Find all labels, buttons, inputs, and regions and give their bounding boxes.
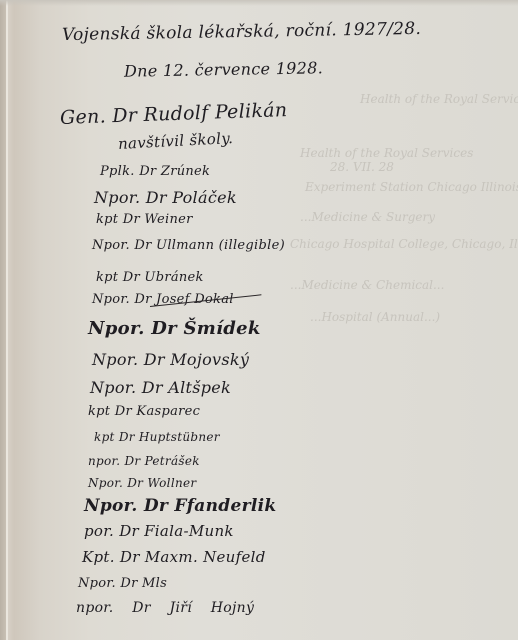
visitor-note: navštívil školy.: [118, 129, 234, 153]
signature-name: Dr Weiner: [123, 212, 193, 227]
signature-line: Kpt. Dr Maxm. Neufeld: [82, 548, 266, 566]
signature-name: Dr Mls: [120, 576, 167, 591]
signature-name: Dr Kasparec: [115, 404, 200, 419]
bleed-text: Health of the Royal Services: [360, 92, 518, 106]
signature-line: Npor. Dr Wollner: [88, 476, 196, 490]
bleed-text: 28. VII. 28: [330, 160, 394, 174]
signature-line: Npor. Dr Ffanderlik: [84, 496, 276, 516]
signature-line: kpt Dr Kasparec: [88, 404, 200, 419]
signature-name: Dr Zrúnek: [139, 164, 210, 179]
signature-name: Dr Altšpek: [142, 378, 231, 397]
signature-name: Dr Huptstübner: [119, 430, 220, 444]
document-page: Health of the Royal Services Health of t…: [0, 0, 518, 640]
visitor-name: Gen. Dr Rudolf Pelikán: [60, 99, 288, 129]
signature-rank: Npor.: [90, 378, 136, 397]
bleed-text: ...Hospital (Annual...): [310, 310, 440, 324]
bleed-text: Experiment Station Chicago Illinois: [305, 180, 518, 194]
signature-line: kpt Dr Weiner: [96, 212, 193, 227]
signature-rank: Npor.: [88, 476, 123, 490]
signature-name: Dr Jiří Hojný: [132, 600, 254, 616]
signature-line: kpt Dr Huptstübner: [94, 430, 220, 444]
signature-rank: Pplk.: [100, 164, 135, 179]
bleed-text: Health of the Royal Services: [300, 146, 473, 160]
signature-name: Dr Maxm. Neufeld: [120, 548, 266, 566]
signature-rank: npor.: [88, 454, 120, 468]
signature-line: por. Dr Fiala-Munk: [84, 522, 234, 540]
signature-line: Npor. Dr Ullmann (illegible): [92, 238, 285, 253]
signature-name: Dr Mojovský: [144, 350, 249, 369]
signature-line: Npor. Dr Mls: [78, 576, 167, 591]
signature-name: Dr Ffanderlik: [144, 496, 277, 516]
bleed-text: ...Medicine & Surgery: [300, 210, 435, 224]
signature-name: Dr Ubránek: [123, 270, 204, 285]
signature-name: Dr Poláček: [146, 188, 237, 207]
signature-rank: Npor.: [94, 188, 140, 207]
signature-rank: Npor.: [78, 576, 116, 591]
signature-line: Npor. Dr Šmídek: [88, 318, 261, 339]
signature-rank: kpt: [96, 270, 118, 285]
signature-line: Npor. Dr Poláček: [94, 188, 237, 207]
signature-name: Dr Petrášek: [125, 454, 200, 468]
signature-rank: Npor.: [92, 350, 138, 369]
signature-name: Dr Šmídek: [151, 318, 260, 339]
signature-rank: Npor.: [92, 292, 130, 307]
page-edge: [6, 0, 8, 640]
signature-line: Pplk. Dr Zrúnek: [100, 164, 210, 179]
signature-line: Npor. Dr Altšpek: [90, 378, 231, 397]
signature-rank: por.: [84, 522, 114, 540]
signature-line: Npor. Dr Mojovský: [92, 350, 249, 369]
signature-name: Dr Fiala-Munk: [119, 522, 234, 540]
document-date: Dne 12. července 1928.: [124, 58, 323, 80]
signature-name: Dr Ullmann (illegible): [134, 238, 285, 253]
signature-rank: kpt: [94, 430, 115, 444]
signature-rank: Npor.: [84, 496, 138, 516]
signature-rank: npor.: [76, 600, 114, 616]
signature-line: npor. Dr Petrášek: [88, 454, 200, 468]
signature-rank: kpt: [88, 404, 110, 419]
signature-name: Dr Wollner: [127, 476, 196, 490]
signature-rank: Npor.: [92, 238, 130, 253]
signature-rank: Kpt.: [82, 548, 115, 566]
signature-rank: Npor.: [88, 318, 145, 339]
document-heading: Vojenská škola lékařská, roční. 1927/28.: [62, 19, 421, 45]
bleed-text: ...Medicine & Chemical...: [290, 278, 444, 292]
signature-line: kpt Dr Ubránek: [96, 270, 204, 285]
signature-line: npor. Dr Jiří Hojný: [76, 600, 254, 616]
page-top-shadow: [0, 0, 518, 6]
signature-rank: kpt: [96, 212, 118, 227]
bleed-text: Chicago Hospital College, Chicago, Ill.: [290, 237, 518, 251]
